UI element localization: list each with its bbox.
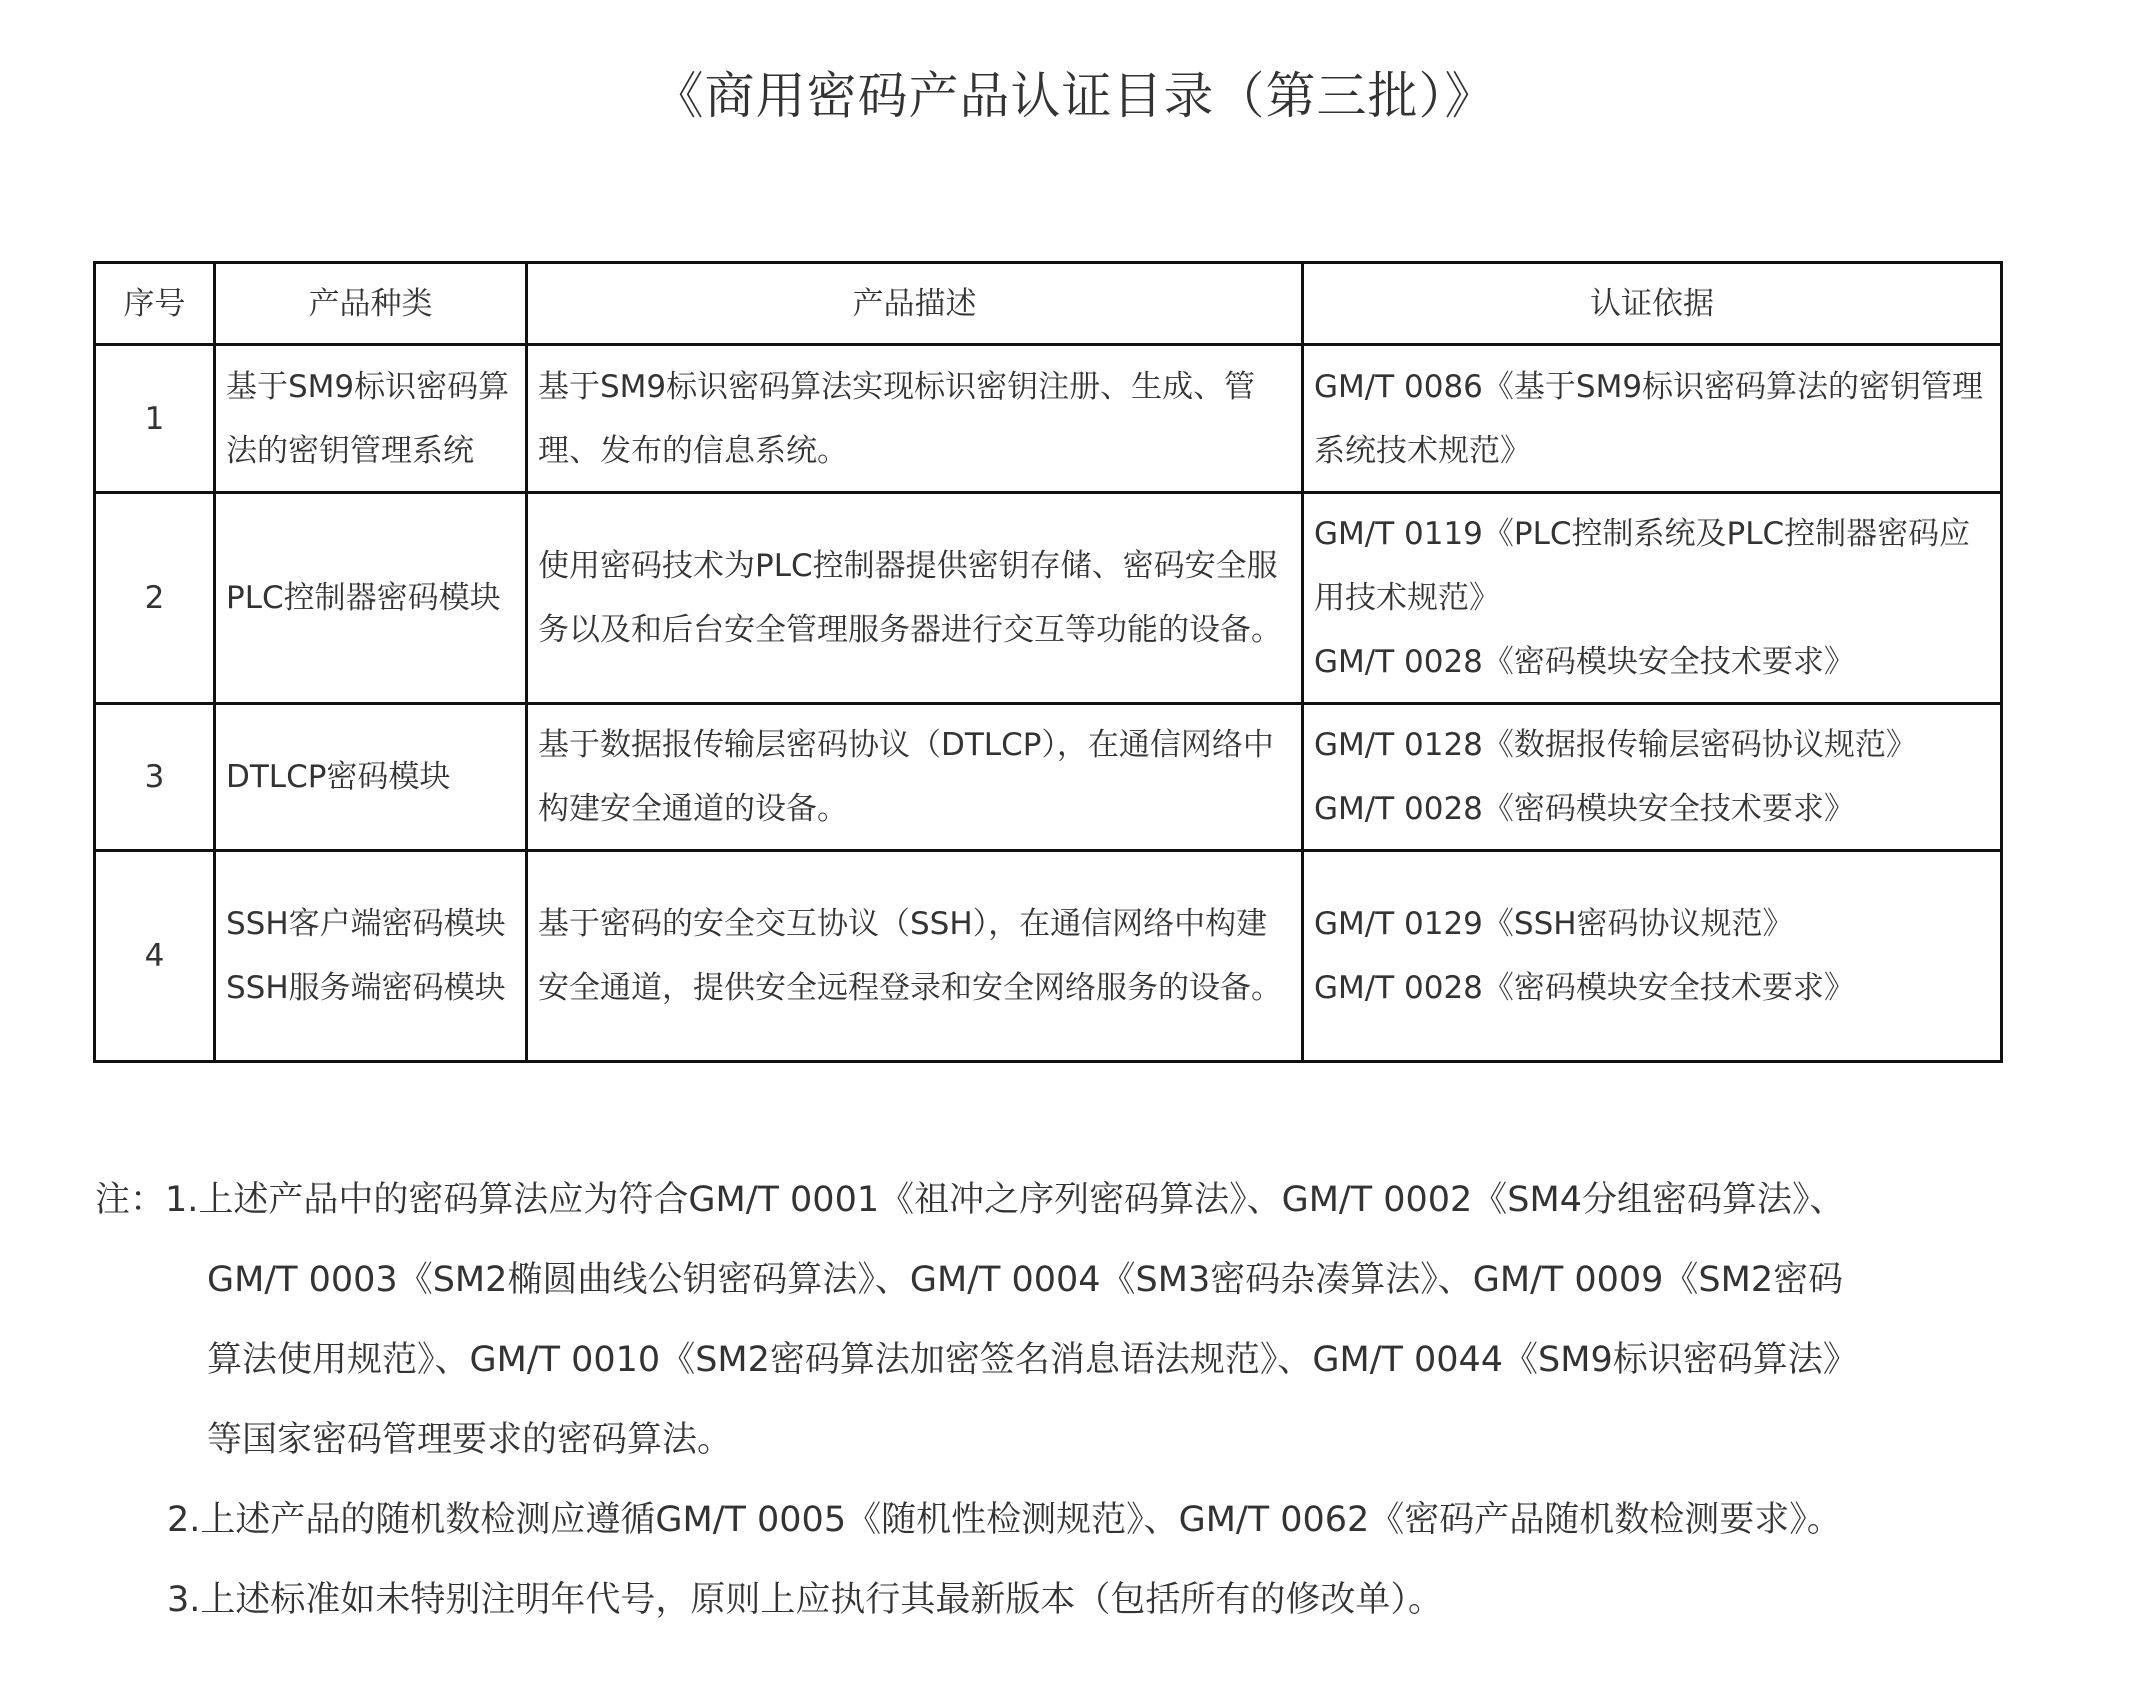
standard-reference: GM/T 0028《密码模块安全技术要求》 — [1314, 630, 1990, 694]
note-1-text: 1.上述产品中的密码算法应为符合GM/T 0001《祖冲之序列密码算法》、GM/… — [165, 1180, 1844, 1220]
certification-basis-cell: GM/T 0129《SSH密码协议规范》 GM/T 0028《密码模块安全技术要… — [1303, 851, 2002, 1062]
certification-basis-cell: GM/T 0119《PLC控制系统及PLC控制器密码应用技术规范》 GM/T 0… — [1303, 493, 2002, 704]
standard-reference: GM/T 0028《密码模块安全技术要求》 — [1314, 956, 1990, 1020]
product-category-cell: DTLCP密码模块 — [215, 704, 527, 851]
serial-number-cell: 1 — [95, 345, 215, 493]
product-catalog-table: 序号 产品种类 产品描述 认证依据 1 基于SM9标识密码算法的密钥管理系统 基… — [93, 261, 2003, 1063]
standard-reference: GM/T 0028《密码模块安全技术要求》 — [1314, 777, 1990, 841]
product-category-cell: 基于SM9标识密码算法的密钥管理系统 — [215, 345, 527, 493]
product-category-text: SSH客户端密码模块 — [226, 892, 515, 956]
product-description-cell: 基于SM9标识密码算法实现标识密钥注册、生成、管理、发布的信息系统。 — [527, 345, 1303, 493]
header-certification-basis: 认证依据 — [1303, 263, 2002, 345]
product-category-cell: SSH客户端密码模块 SSH服务端密码模块 — [215, 851, 527, 1062]
note-1-continuation: 算法使用规范》、GM/T 0010《SM2密码算法加密签名消息语法规范》、GM/… — [95, 1320, 2045, 1400]
note-3-text: 3.上述标准如未特别注明年代号，原则上应执行其最新版本（包括所有的修改单）。 — [95, 1560, 2045, 1640]
standard-reference: GM/T 0119《PLC控制系统及PLC控制器密码应用技术规范》 — [1314, 502, 1990, 630]
product-description-cell: 基于密码的安全交互协议（SSH），在通信网络中构建安全通道，提供安全远程登录和安… — [527, 851, 1303, 1062]
standard-reference: GM/T 0086《基于SM9标识密码算法的密钥管理系统技术规范》 — [1314, 355, 1990, 483]
product-category-text: 基于SM9标识密码算法的密钥管理系统 — [226, 355, 515, 483]
note-1-continuation: 等国家密码管理要求的密码算法。 — [95, 1400, 2045, 1480]
note-line: 注：1.上述产品中的密码算法应为符合GM/T 0001《祖冲之序列密码算法》、G… — [95, 1160, 2045, 1240]
table-row: 3 DTLCP密码模块 基于数据报传输层密码协议（DTLCP），在通信网络中构建… — [95, 704, 2002, 851]
serial-number-cell: 3 — [95, 704, 215, 851]
table-row: 4 SSH客户端密码模块 SSH服务端密码模块 基于密码的安全交互协议（SSH）… — [95, 851, 2002, 1062]
product-description-cell: 使用密码技术为PLC控制器提供密钥存储、密码安全服务以及和后台安全管理服务器进行… — [527, 493, 1303, 704]
header-serial-number: 序号 — [95, 263, 215, 345]
product-category-text: SSH服务端密码模块 — [226, 956, 515, 1020]
header-product-category: 产品种类 — [215, 263, 527, 345]
note-2-text: 2.上述产品的随机数检测应遵循GM/T 0005《随机性检测规范》、GM/T 0… — [95, 1480, 2045, 1560]
document-title: 《商用密码产品认证目录（第三批）》 — [0, 62, 2149, 130]
table-row: 1 基于SM9标识密码算法的密钥管理系统 基于SM9标识密码算法实现标识密钥注册… — [95, 345, 2002, 493]
table-header-row: 序号 产品种类 产品描述 认证依据 — [95, 263, 2002, 345]
product-category-text: PLC控制器密码模块 — [226, 566, 515, 630]
certification-basis-cell: GM/T 0086《基于SM9标识密码算法的密钥管理系统技术规范》 — [1303, 345, 2002, 493]
serial-number-cell: 4 — [95, 851, 215, 1062]
product-category-text: DTLCP密码模块 — [226, 745, 515, 809]
standard-reference: GM/T 0128《数据报传输层密码协议规范》 — [1314, 713, 1990, 777]
note-1-continuation: GM/T 0003《SM2椭圆曲线公钥密码算法》、GM/T 0004《SM3密码… — [95, 1240, 2045, 1320]
certification-basis-cell: GM/T 0128《数据报传输层密码协议规范》 GM/T 0028《密码模块安全… — [1303, 704, 2002, 851]
product-category-cell: PLC控制器密码模块 — [215, 493, 527, 704]
notes-section: 注：1.上述产品中的密码算法应为符合GM/T 0001《祖冲之序列密码算法》、G… — [95, 1160, 2045, 1640]
table-row: 2 PLC控制器密码模块 使用密码技术为PLC控制器提供密钥存储、密码安全服务以… — [95, 493, 2002, 704]
notes-prefix: 注： — [95, 1180, 165, 1220]
standard-reference: GM/T 0129《SSH密码协议规范》 — [1314, 892, 1990, 956]
header-product-description: 产品描述 — [527, 263, 1303, 345]
serial-number-cell: 2 — [95, 493, 215, 704]
product-description-cell: 基于数据报传输层密码协议（DTLCP），在通信网络中构建安全通道的设备。 — [527, 704, 1303, 851]
